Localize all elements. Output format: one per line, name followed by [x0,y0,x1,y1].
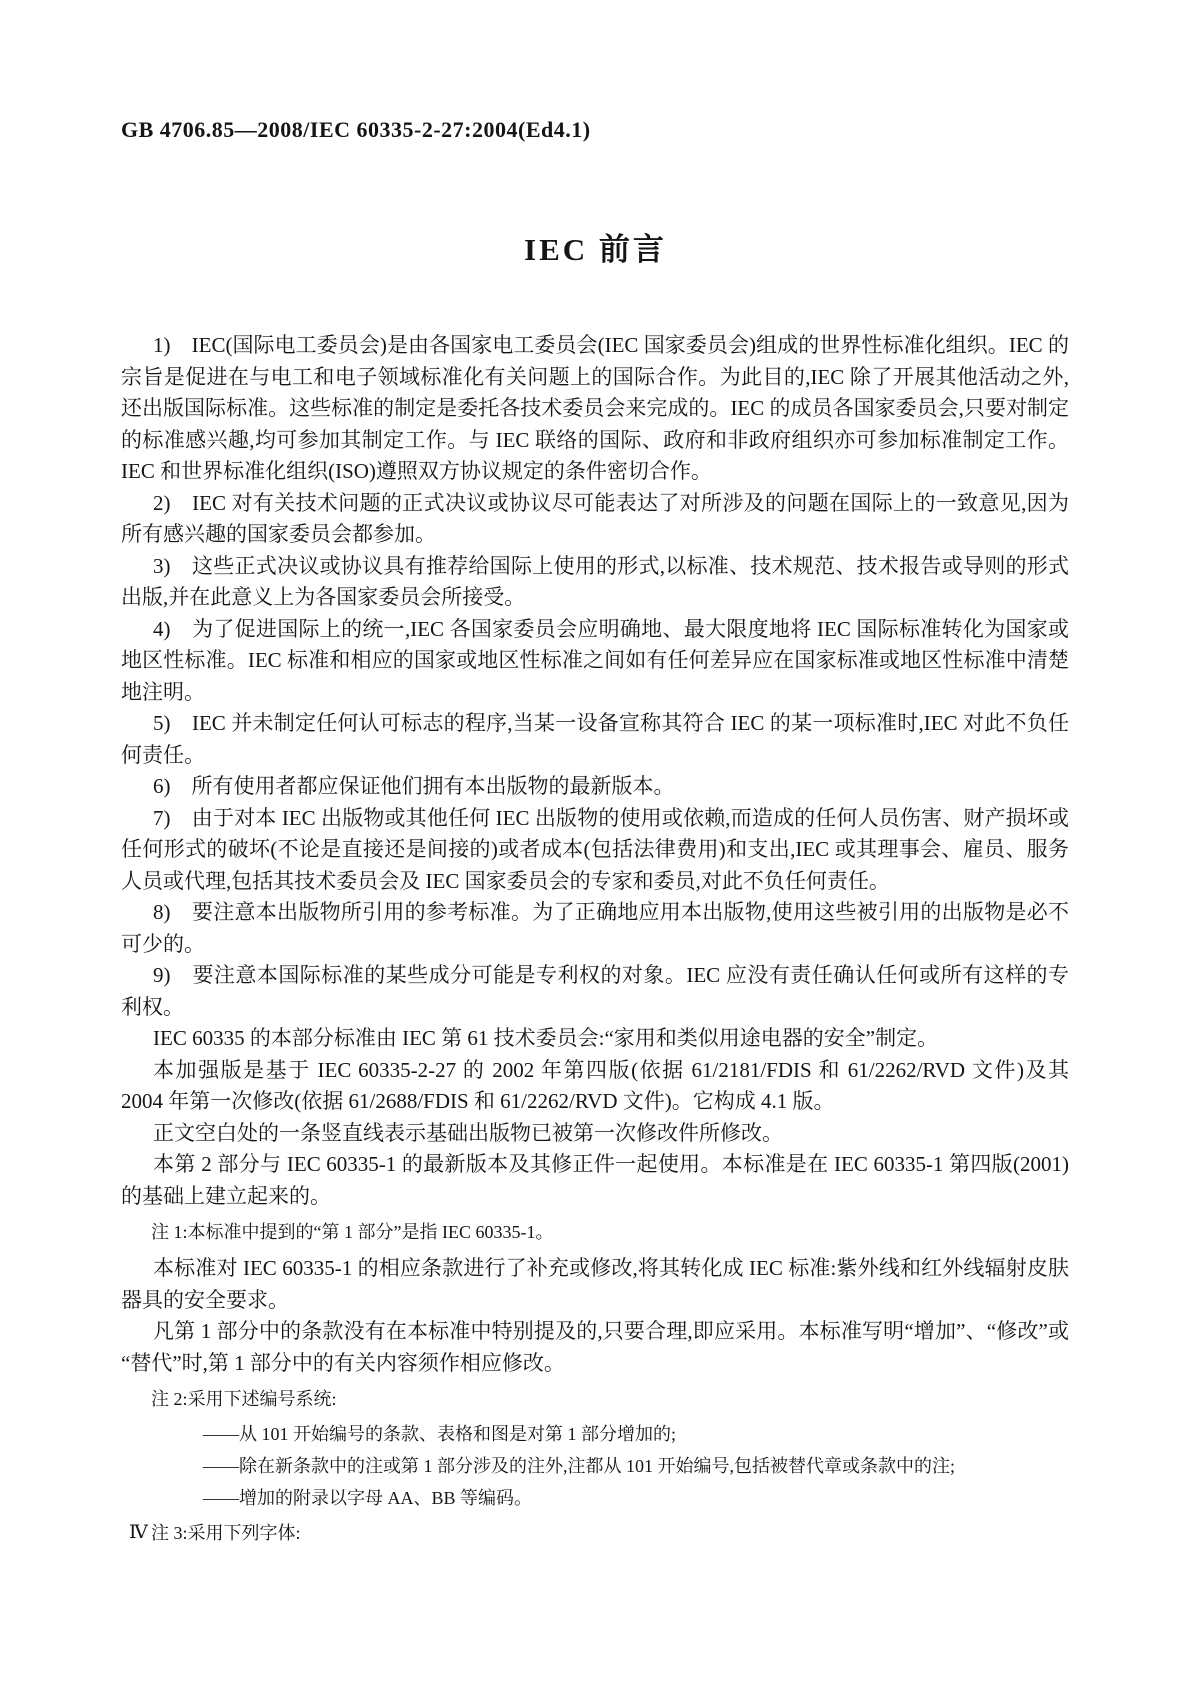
numbered-paragraph-5: 5) IEC 并未制定任何认可标志的程序,当某一设备宣称其符合 IEC 的某一项… [121,708,1069,771]
paragraph-edition: 本加强版是基于 IEC 60335-2-27 的 2002 年第四版(依据 61… [121,1055,1069,1118]
page-title: IEC 前言 [0,224,1191,269]
standard-code-header: GB 4706.85—2008/IEC 60335-2-27:2004(Ed4.… [121,117,591,143]
dash-item-1: ——从 101 开始编号的条款、表格和图是对第 1 部分增加的; [203,1420,1069,1449]
foreword-body: 1) IEC(国际电工委员会)是由各国家电工委员会(IEC 国家委员会)组成的世… [121,330,1069,1554]
numbered-paragraph-7: 7) 由于对本 IEC 出版物或其他任何 IEC 出版物的使用或依赖,而造成的任… [121,803,1069,898]
numbered-paragraph-4: 4) 为了促进国际上的统一,IEC 各国家委员会应明确地、最大限度地将 IEC … [121,614,1069,709]
numbered-paragraph-6: 6) 所有使用者都应保证他们拥有本出版物的最新版本。 [121,771,1069,803]
document-page: GB 4706.85—2008/IEC 60335-2-27:2004(Ed4.… [0,0,1191,1684]
numbered-paragraph-2: 2) IEC 对有关技术问题的正式决议或协议尽可能表达了对所涉及的问题在国际上的… [121,488,1069,551]
numbered-paragraph-8: 8) 要注意本出版物所引用的参考标准。为了正确地应用本出版物,使用这些被引用的出… [121,897,1069,960]
note-2: 注 2:采用下述编号系统: [121,1385,1069,1414]
paragraph-part2-use: 本第 2 部分与 IEC 60335-1 的最新版本及其修正件一起使用。本标准是… [121,1149,1069,1212]
paragraph-scope: 本标准对 IEC 60335-1 的相应条款进行了补充或修改,将其转化成 IEC… [121,1253,1069,1316]
paragraph-application: 凡第 1 部分中的条款没有在本标准中特别提及的,只要合理,即应采用。本标准写明“… [121,1316,1069,1379]
paragraph-committee: IEC 60335 的本部分标准由 IEC 第 61 技术委员会:“家用和类似用… [121,1023,1069,1055]
note-3: 注 3:采用下列字体: [121,1519,1069,1548]
dash-item-3: ——增加的附录以字母 AA、BB 等编码。 [203,1484,1069,1513]
page-number: Ⅳ [129,1521,148,1544]
numbered-paragraph-9: 9) 要注意本国际标准的某些成分可能是专利权的对象。IEC 应没有责任确认任何或… [121,960,1069,1023]
numbered-paragraph-1: 1) IEC(国际电工委员会)是由各国家电工委员会(IEC 国家委员会)组成的世… [121,330,1069,488]
paragraph-sideline: 正文空白处的一条竖直线表示基础出版物已被第一次修改件所修改。 [121,1118,1069,1150]
numbered-paragraph-3: 3) 这些正式决议或协议具有推荐给国际上使用的形式,以标准、技术规范、技术报告或… [121,551,1069,614]
dash-item-2: ——除在新条款中的注或第 1 部分涉及的注外,注都从 101 开始编号,包括被替… [203,1452,1069,1481]
note-1: 注 1:本标准中提到的“第 1 部分”是指 IEC 60335-1。 [121,1218,1069,1247]
